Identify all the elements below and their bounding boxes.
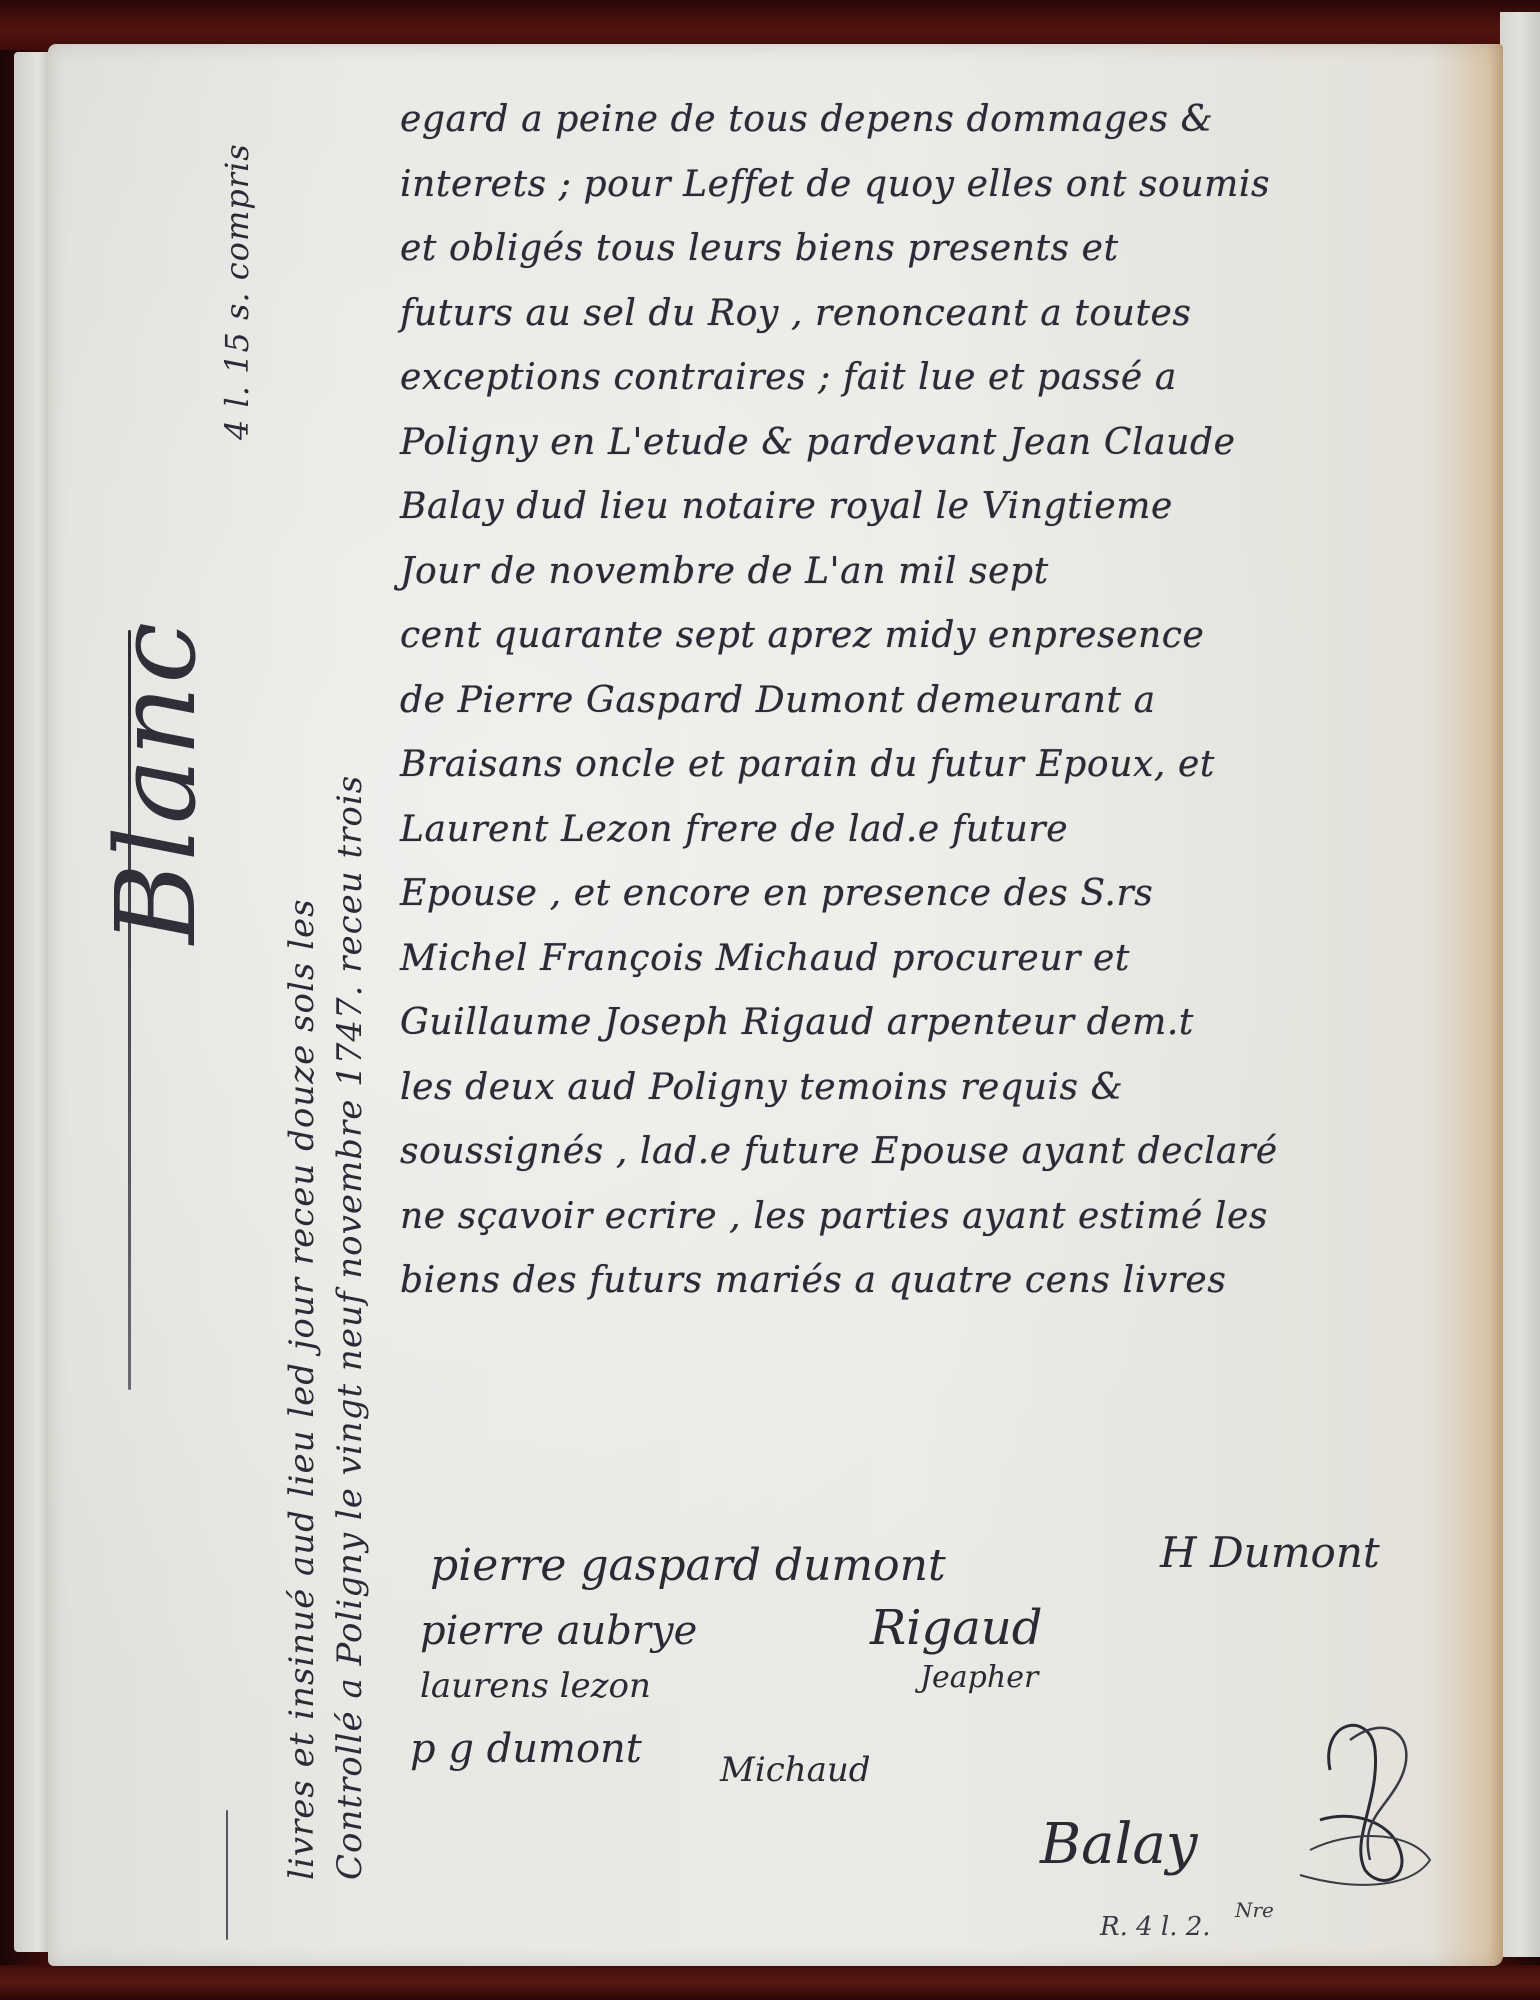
body-line: egard a peine de tous depens dommages & (400, 88, 1480, 153)
body-line: Laurent Lezon frere de lad.e future (400, 798, 1480, 863)
wooden-frame-top (0, 0, 1540, 50)
margin-note-line-2: livres et insinué aud lieu led jour rece… (282, 120, 322, 1880)
body-line: Poligny en L'etude & pardevant Jean Clau… (400, 411, 1480, 476)
body-line: biens des futurs mariés a quatre cens li… (400, 1249, 1480, 1314)
margin-note-line-3: 4 l. 15 s. compris (218, 120, 256, 440)
signature-notary-balay: Balay (1040, 1812, 1197, 1877)
notary-fee-note: R. 4 l. 2. (1100, 1912, 1211, 1942)
signature-aubry: pierre aubrye (420, 1608, 697, 1654)
body-line: de Pierre Gaspard Dumont demeurant a (400, 669, 1480, 734)
body-line: Guillaume Joseph Rigaud arpenteur dem.t (400, 991, 1480, 1056)
body-line: ne sçavoir ecrire , les parties ayant es… (400, 1185, 1480, 1250)
signature-michaud: Michaud (720, 1750, 871, 1790)
body-line: soussignés , lad.e future Epouse ayant d… (400, 1120, 1480, 1185)
body-line: Epouse , et encore en presence des S.rs (400, 862, 1480, 927)
document-body: egard a peine de tous depens dommages & … (400, 88, 1480, 1314)
signature-dumont-short: H Dumont (1160, 1528, 1380, 1577)
body-line: interets ; pour Leffet de quoy elles ont… (400, 153, 1480, 218)
margin-note-line-1: Controllé a Poligny le vingt neuf novemb… (330, 100, 370, 1880)
signature-dumont-initials: p g dumont (410, 1726, 642, 1772)
body-line: exceptions contraires ; fait lue et pass… (400, 346, 1480, 411)
notary-paraph-icon (1290, 1700, 1440, 1900)
body-line: les deux aud Poligny temoins requis & (400, 1056, 1480, 1121)
signature-lezon: laurens lezon (420, 1666, 651, 1706)
notary-note-top: Nre (1235, 1898, 1274, 1922)
body-line: Braisans oncle et parain du futur Epoux,… (400, 733, 1480, 798)
body-line: cent quarante sept aprez midy enpresence (400, 604, 1480, 669)
margin-signature: Blanc (92, 620, 220, 944)
signature-rigaud: Rigaud (870, 1600, 1042, 1656)
signature-dumont-full: pierre gaspard dumont (430, 1540, 946, 1591)
facing-page-edge (1500, 12, 1540, 1957)
body-line: Jour de novembre de L'an mil sept (400, 540, 1480, 605)
margin-flourish-stroke (226, 1810, 228, 1940)
signature-arpenteur-flourish: Jeapher (920, 1660, 1038, 1695)
body-line: Balay dud lieu notaire royal le Vingtiem… (400, 475, 1480, 540)
body-line: Michel François Michaud procureur et (400, 927, 1480, 992)
body-line: et obligés tous leurs biens presents et (400, 217, 1480, 282)
wooden-frame-bottom (0, 1965, 1540, 2000)
body-line: futurs au sel du Roy , renonceant a tout… (400, 282, 1480, 347)
